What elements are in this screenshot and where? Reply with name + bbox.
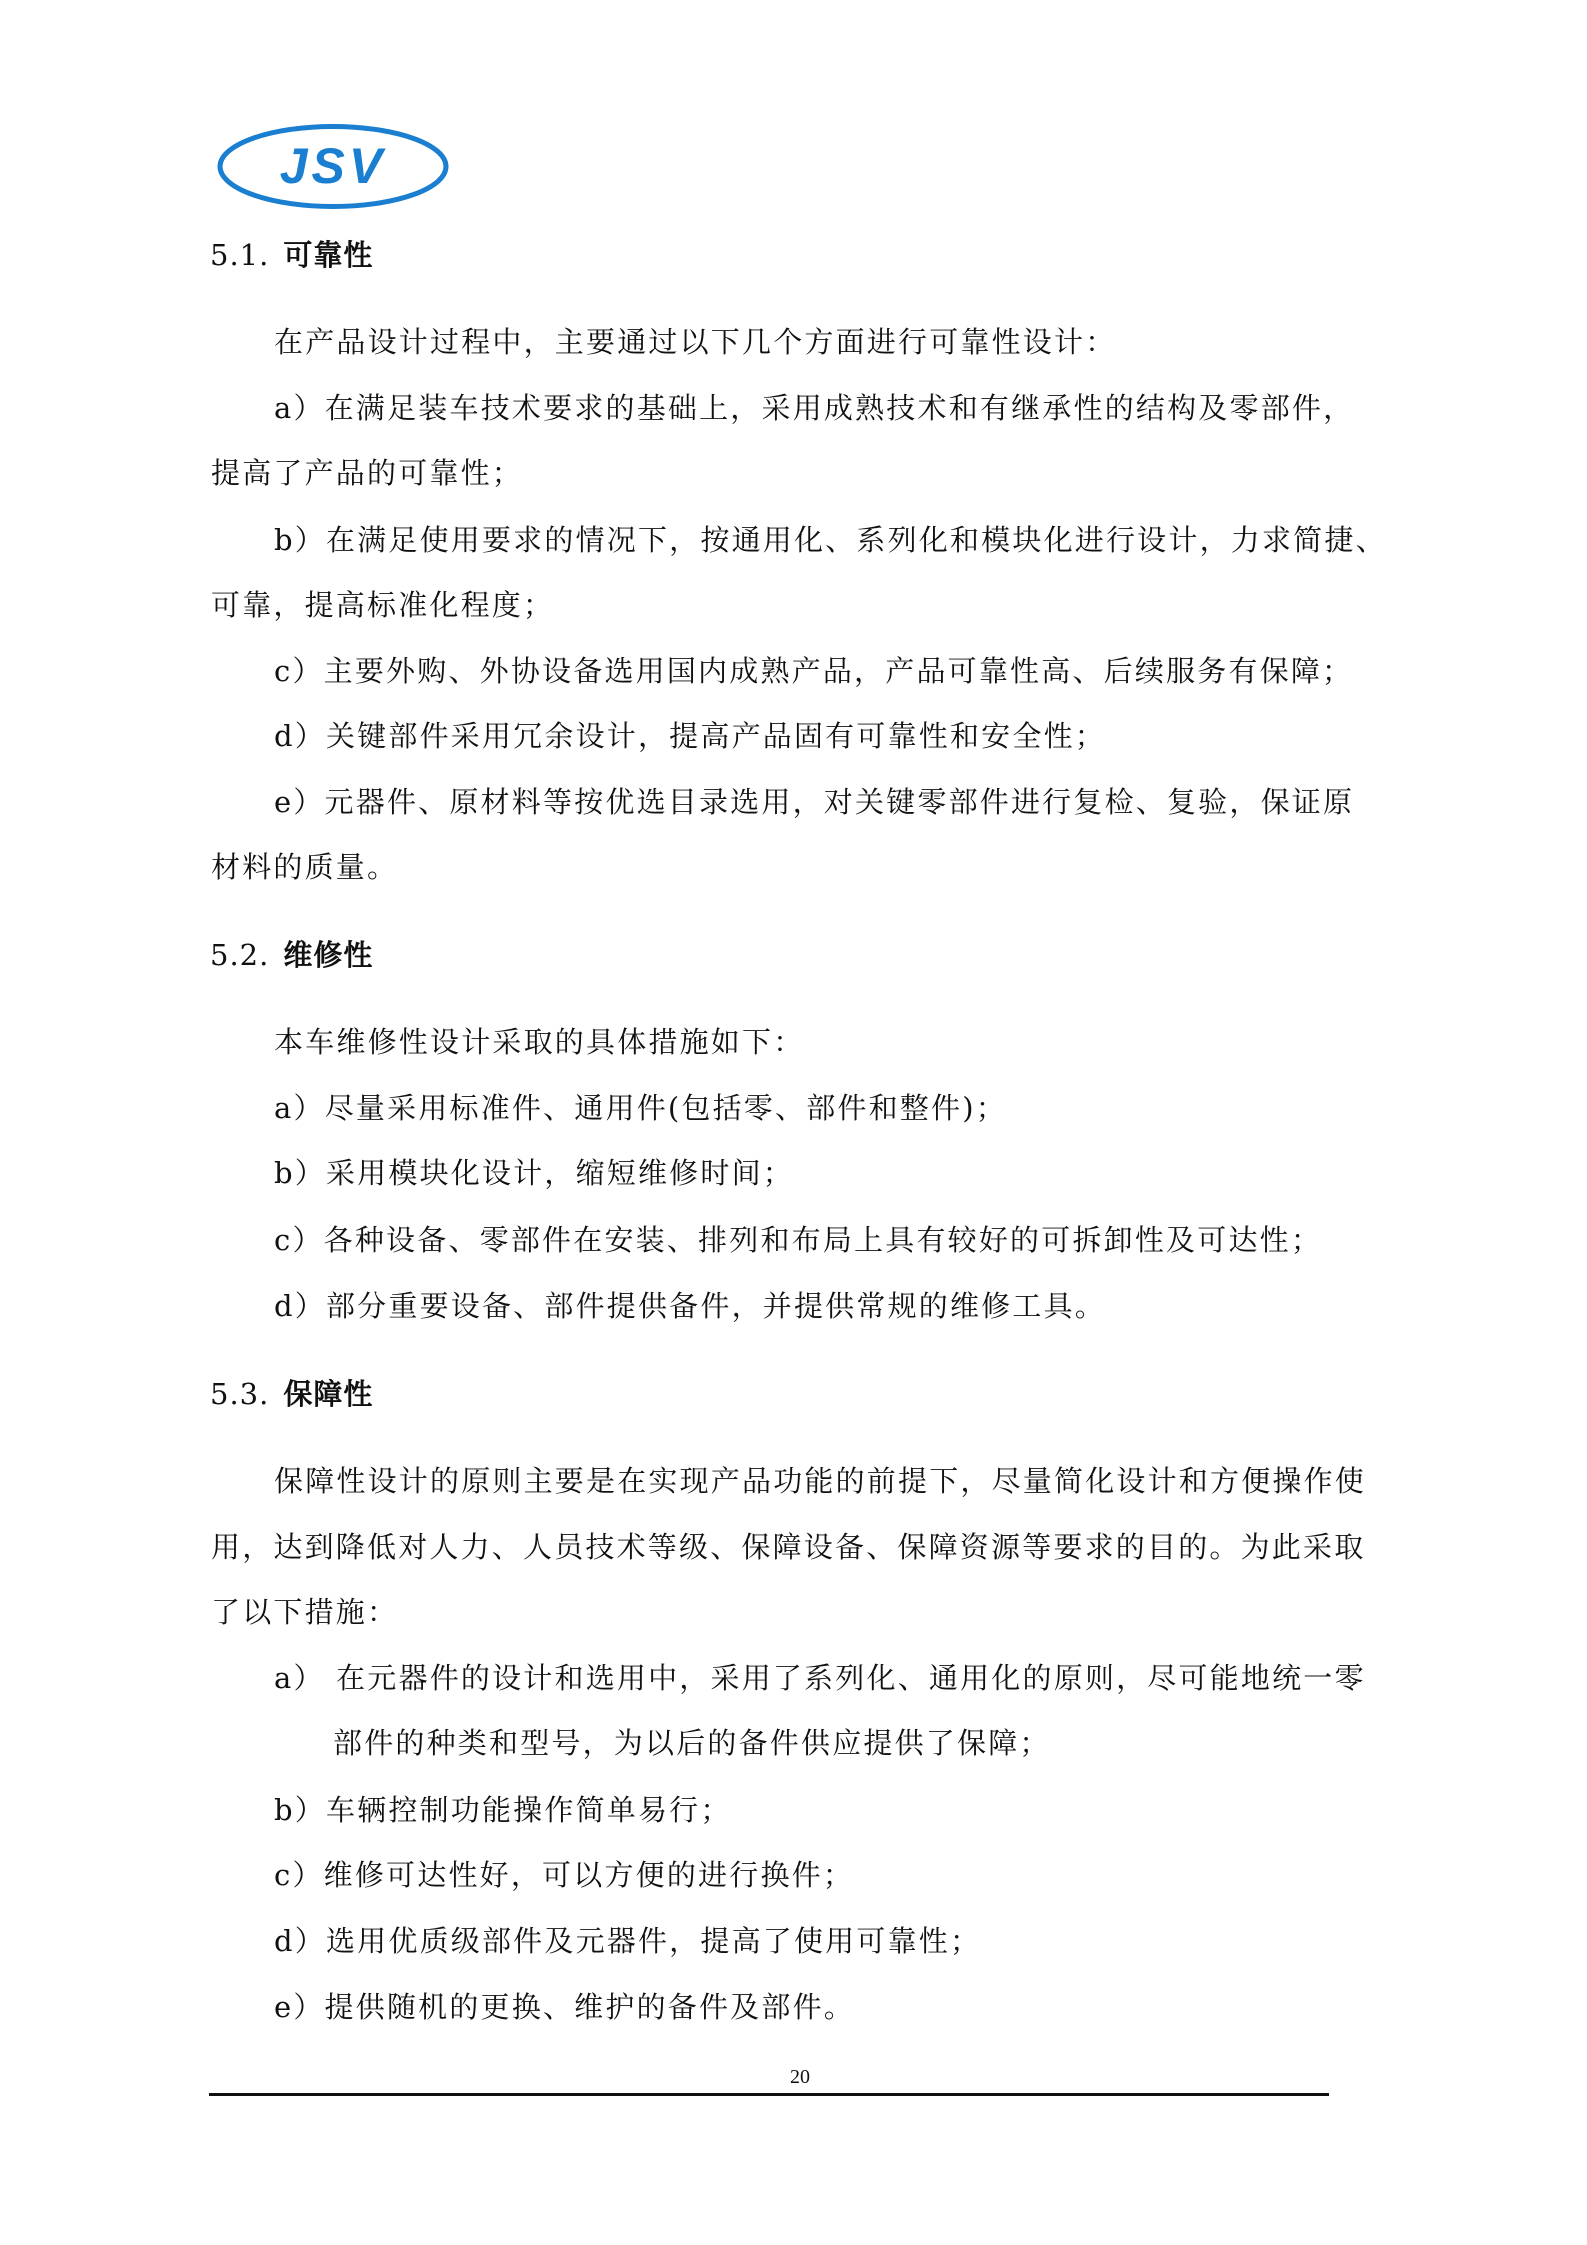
list-item-d: d）选用优质级部件及元器件，提高了使用可靠性； [274, 1923, 981, 1959]
list-item-a-continuation: 提高了产品的可靠性； [211, 455, 523, 491]
list-item-a: a）在满足装车技术要求的基础上，采用成熟技术和有继承性的结构及零部件， [274, 390, 1354, 426]
list-item-e-continuation: 材料的质量。 [211, 849, 398, 885]
section-title: 维修性 [283, 938, 373, 972]
paragraph-line: 了以下措施： [211, 1594, 398, 1630]
jsv-logo: JSV [216, 123, 450, 210]
list-item-e: e）提供随机的更换、维护的备件及部件。 [274, 1989, 855, 2025]
list-item-a-continuation: 部件的种类和型号，为以后的备件供应提供了保障； [333, 1725, 1051, 1761]
section-number: 5.1. [210, 238, 269, 272]
list-item-e: e）元器件、原材料等按优选目录选用，对关键零部件进行复检、复验，保证原 [274, 784, 1354, 820]
section-heading-5-1: 5.1.可靠性 [210, 237, 373, 273]
list-item-c: c）主要外购、外协设备选用国内成熟产品，产品可靠性高、后续服务有保障； [274, 653, 1353, 689]
section-number: 5.2. [210, 938, 269, 972]
list-item-b-continuation: 可靠，提高标准化程度； [211, 587, 554, 623]
footer-divider [209, 2093, 1329, 2096]
section-heading-5-3: 5.3.保障性 [210, 1376, 373, 1412]
section-heading-5-2: 5.2.维修性 [210, 937, 373, 973]
list-item-c: c）维修可达性好，可以方便的进行换件； [274, 1857, 854, 1893]
paragraph-line: 保障性设计的原则主要是在实现产品功能的前提下，尽量简化设计和方便操作使 [274, 1463, 1366, 1499]
list-item-d: d）关键部件采用冗余设计，提高产品固有可靠性和安全性； [274, 718, 1106, 754]
list-item-a: a）尽量采用标准件、通用件(包括零、部件和整件)； [274, 1090, 1007, 1126]
list-item-c: c）各种设备、零部件在安装、排列和布局上具有较好的可拆卸性及可达性； [274, 1222, 1322, 1258]
paragraph-line: 本车维修性设计采取的具体措施如下： [274, 1024, 804, 1060]
paragraph-line: 在产品设计过程中，主要通过以下几个方面进行可靠性设计： [274, 324, 1116, 360]
section-number: 5.3. [210, 1377, 269, 1411]
list-item-a: a） 在元器件的设计和选用中，采用了系列化、通用化的原则，尽可能地统一零 [274, 1660, 1366, 1696]
page-number: 20 [760, 2064, 840, 2090]
section-title: 可靠性 [283, 238, 373, 272]
list-item-b: b）在满足使用要求的情况下，按通用化、系列化和模块化进行设计，力求简捷、 [274, 522, 1387, 558]
section-title: 保障性 [283, 1377, 373, 1411]
list-item-d: d）部分重要设备、部件提供备件，并提供常规的维修工具。 [274, 1288, 1106, 1324]
paragraph-line: 用，达到降低对人力、人员技术等级、保障设备、保障资源等要求的目的。为此采取 [211, 1529, 1365, 1565]
list-item-b: b）车辆控制功能操作简单易行； [274, 1792, 732, 1828]
svg-text:JSV: JSV [280, 138, 387, 194]
list-item-b: b）采用模块化设计，缩短维修时间； [274, 1155, 794, 1191]
